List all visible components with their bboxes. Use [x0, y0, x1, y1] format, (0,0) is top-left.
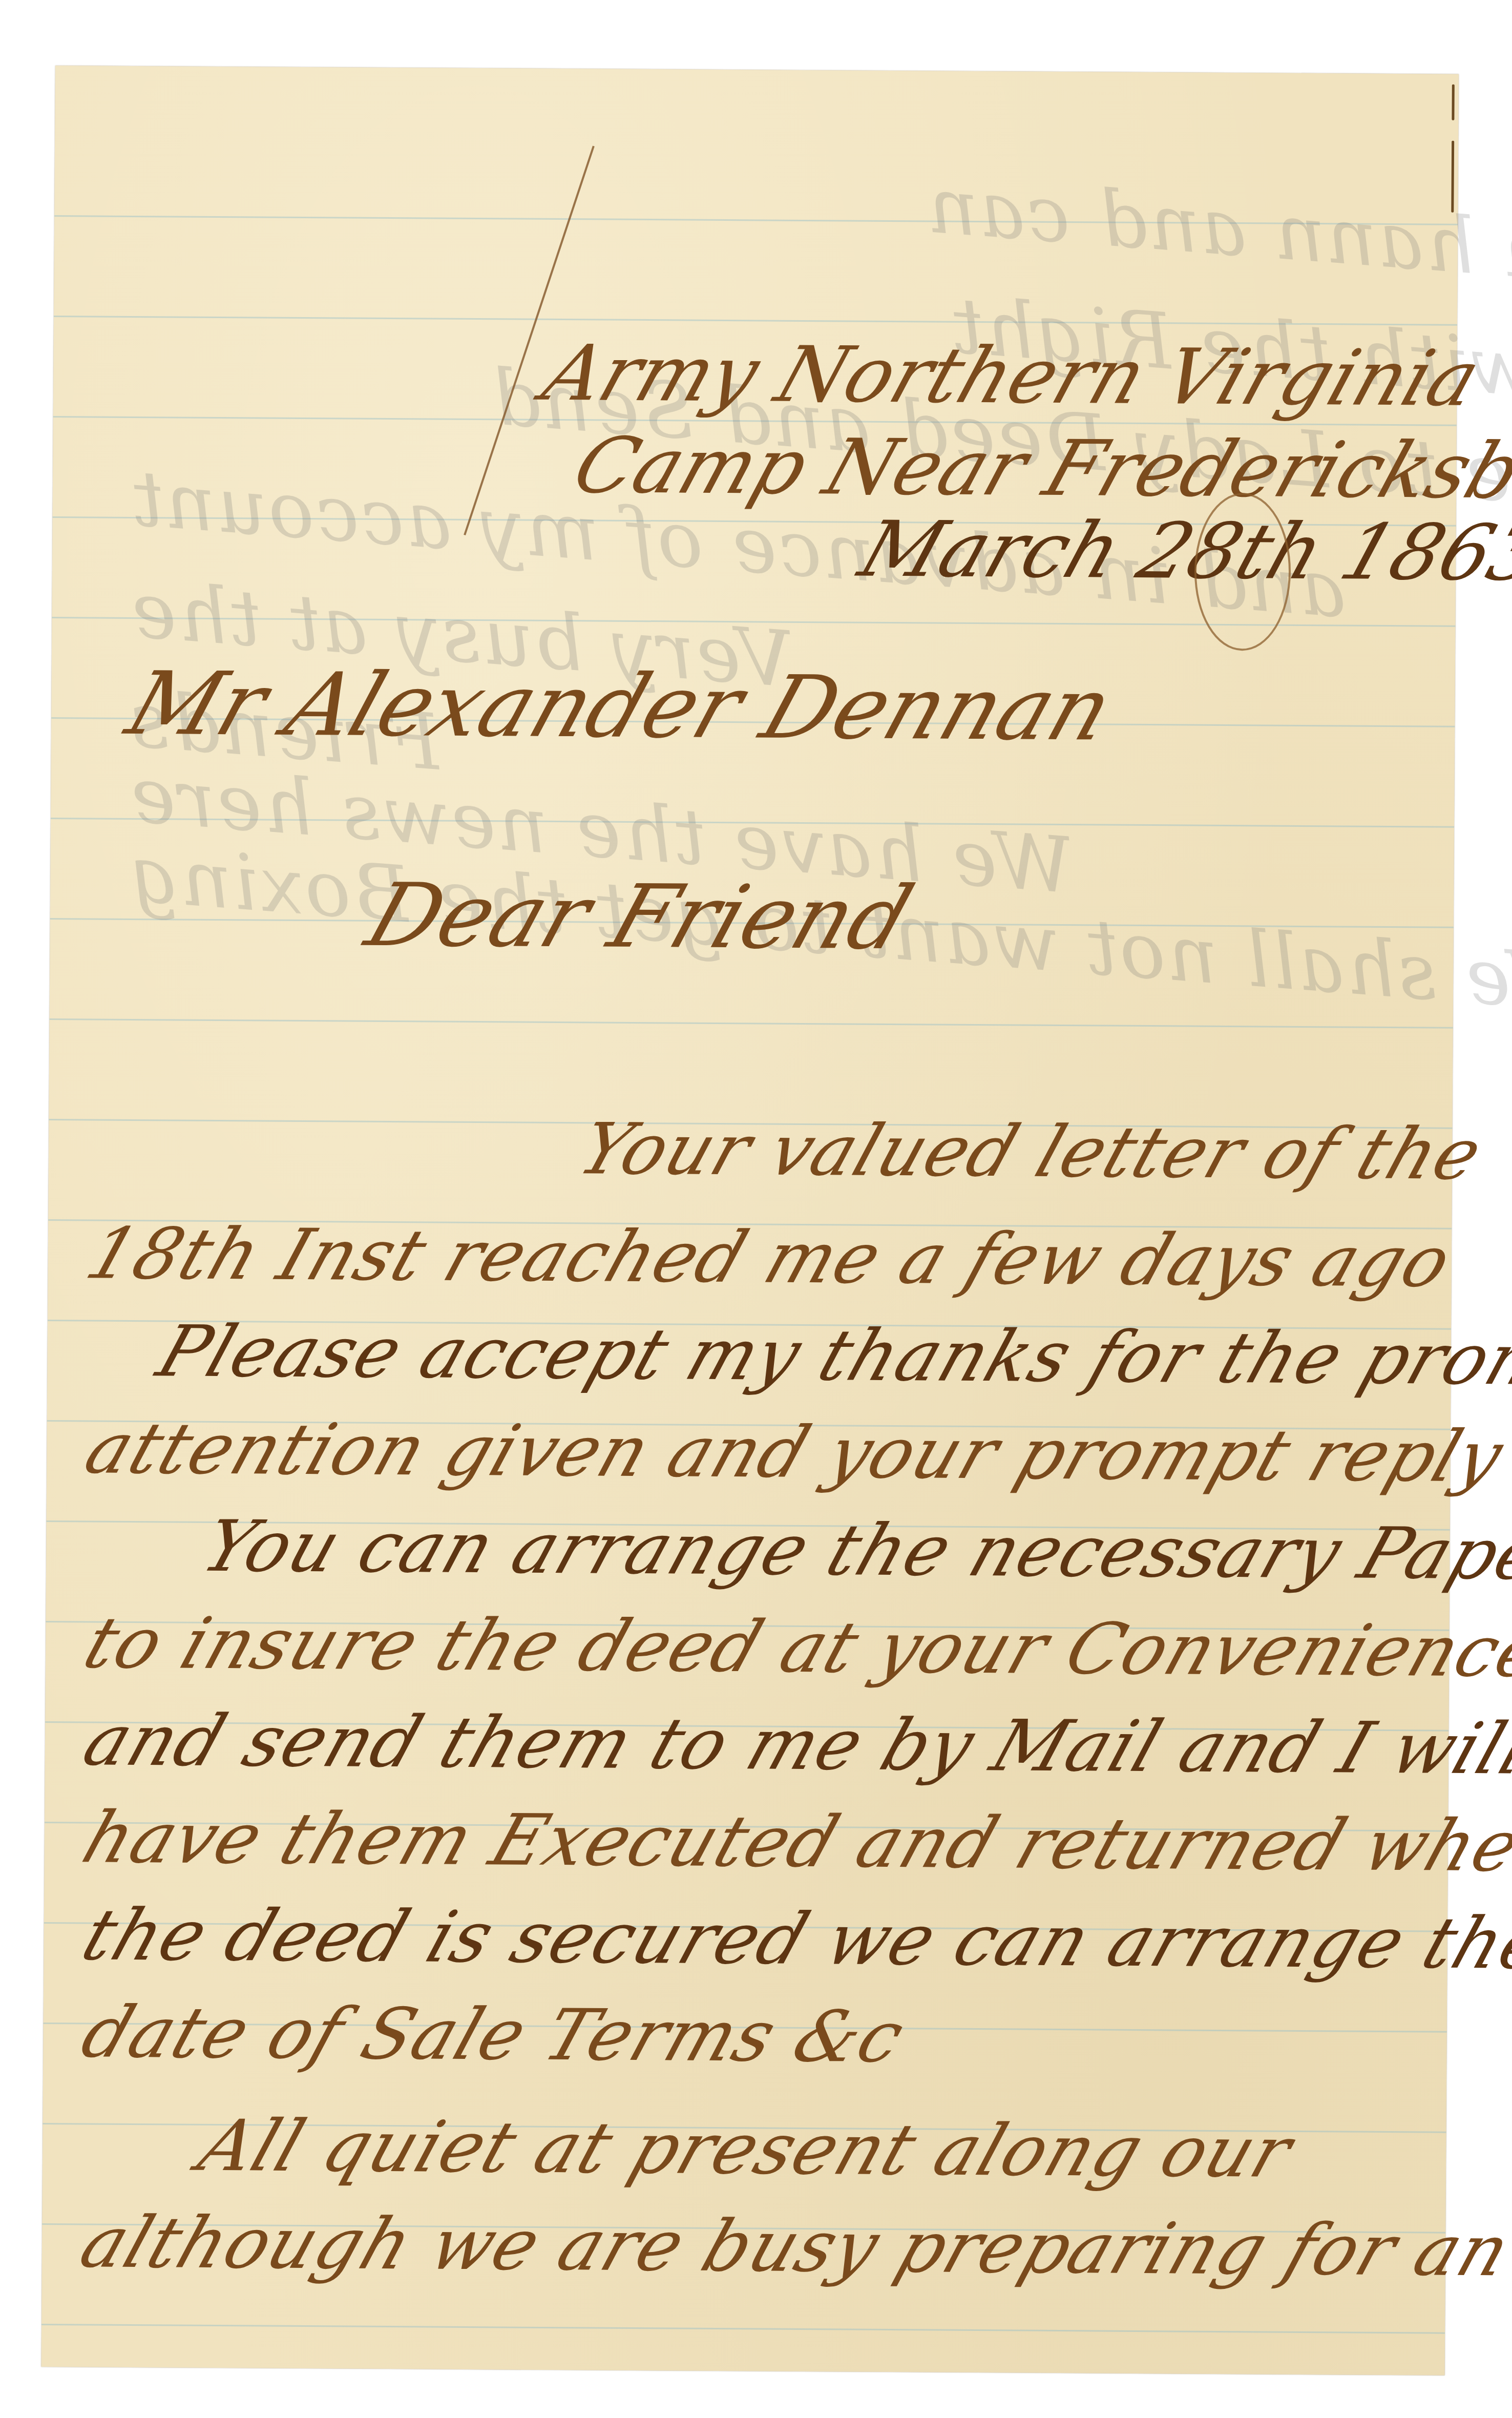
body-line: 18th Inst reached me a few days ago: [78, 1219, 1460, 1298]
heading-line-army: Army Northern Virginia: [535, 335, 1489, 418]
body-line: attention given and your prompt reply: [77, 1413, 1512, 1493]
addressee: Mr Alexander Dennan: [118, 660, 1123, 753]
letter-paper: return Beam hann and can with the Right …: [41, 66, 1459, 2375]
date-flourish: [1194, 493, 1291, 651]
body-line: the deed is secured we can arrange the: [74, 1900, 1512, 1979]
dateline: Army Northern Virginia Camp Near Frederi…: [55, 66, 1459, 74]
salutation: Dear Friend: [357, 872, 921, 962]
heading-line-date: March 28th 1863: [851, 511, 1512, 592]
body-line: date of Sale Terms &c: [74, 1997, 913, 2073]
body-line: Your valued letter of the: [571, 1114, 1491, 1190]
letter-body: Your valued letter of the 18th Inst reac…: [55, 66, 1459, 74]
ruled-lines: [55, 66, 1459, 74]
body-line: and send them to me by Mail and I will: [76, 1705, 1512, 1785]
body-line: You can arrange the necessary Papers: [195, 1511, 1512, 1590]
body-line: All quiet at present along our: [191, 2111, 1301, 2188]
heading-line-camp: Camp Near Fredericksburg: [565, 427, 1512, 511]
bleed-through-text: return Beam hann and can with the Right …: [55, 66, 1459, 74]
edge-ink-mark: [1452, 85, 1454, 120]
body-line: have them Executed and returned when: [75, 1803, 1512, 1882]
body-line: Please accept my thanks for the prompt: [150, 1316, 1512, 1395]
body-line: although we are busy preparing for an: [73, 2207, 1512, 2287]
body-line: to insure the deed at your Convenience: [76, 1608, 1512, 1687]
